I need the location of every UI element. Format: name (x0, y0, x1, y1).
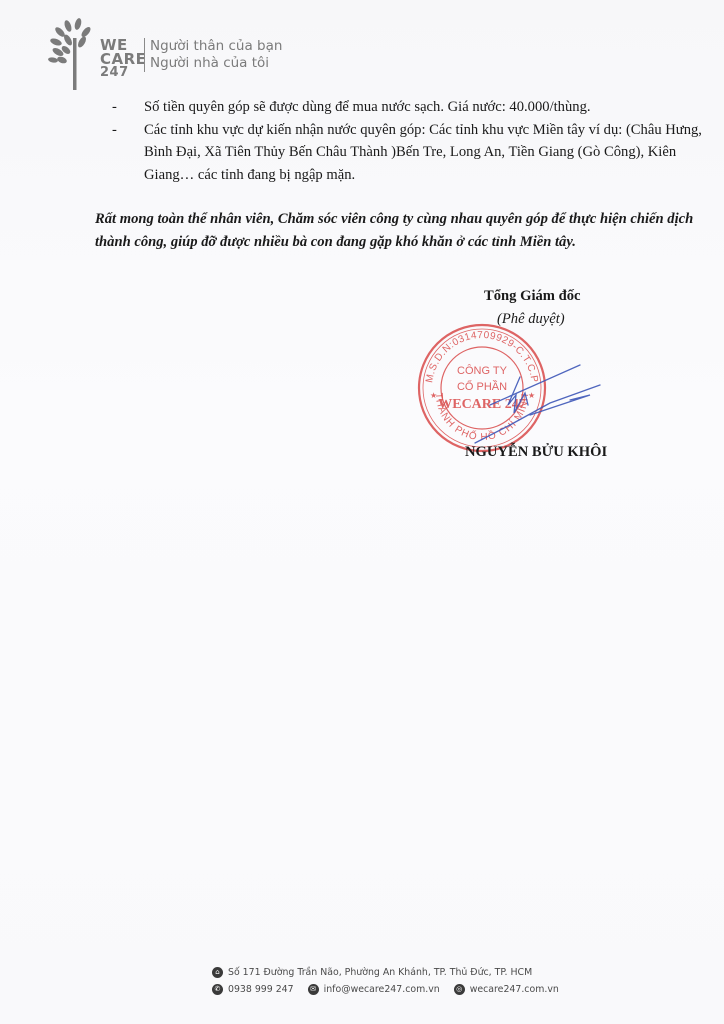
home-icon: ⌂ (212, 967, 223, 978)
list-item: - Số tiền quyên góp sẽ được dùng để mua … (112, 96, 712, 119)
phone-icon: ✆ (212, 984, 223, 995)
mail-icon: ✉ (308, 984, 319, 995)
list-item: - Các tỉnh khu vực dự kiến nhận nước quy… (112, 119, 712, 187)
globe-icon: ◎ (454, 984, 465, 995)
tagline: Người thân của bạn Người nhà của tôi (144, 38, 282, 72)
letterhead: WE CARE 247 Người thân của bạn Người nhà… (46, 18, 366, 90)
tree-logo-icon (46, 18, 96, 90)
bullet-list: - Số tiền quyên góp sẽ được dùng để mua … (112, 96, 712, 186)
website-text: wecare247.com.vn (470, 981, 559, 998)
svg-text:★: ★ (430, 391, 437, 400)
email-text: info@wecare247.com.vn (324, 981, 440, 998)
address-text: Số 171 Đường Trần Não, Phường An Khánh, … (228, 964, 532, 981)
handwritten-signature-icon (470, 355, 630, 450)
footer-contact: ⌂ Số 171 Đường Trần Não, Phường An Khánh… (212, 964, 559, 998)
document-page: WE CARE 247 Người thân của bạn Người nhà… (0, 0, 724, 1024)
logo-wordmark: WE CARE 247 (100, 38, 146, 80)
signatory-name: NGUYỄN BỬU KHÔI (465, 444, 607, 461)
signatory-title: Tổng Giám đốc (484, 288, 581, 305)
phone-text: 0938 999 247 (228, 981, 294, 998)
appeal-paragraph: Rất mong toàn thể nhân viên, Chăm sóc vi… (95, 208, 715, 254)
